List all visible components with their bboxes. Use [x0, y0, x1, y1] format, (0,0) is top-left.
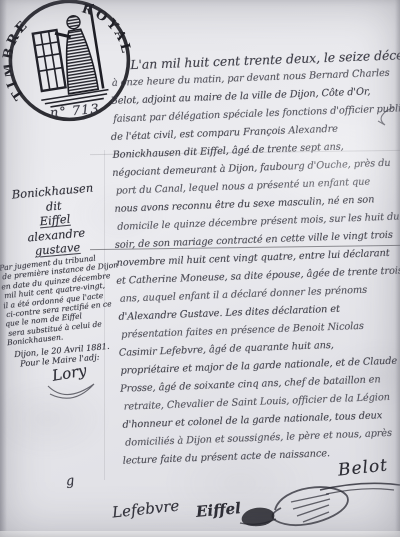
scan-edge [0, 531, 400, 537]
paper-fold [104, 150, 105, 480]
margin-rectification-note: Par jugement du tribunal de première ins… [0, 253, 111, 348]
scan-edge [0, 0, 7, 537]
signature-father: Eiffel [195, 499, 241, 521]
act-body-text: L'an mil huit cent trente deux, le seize… [108, 46, 400, 470]
signature-ink-blot-icon [238, 503, 278, 529]
scan-edge [395, 0, 400, 537]
signature-officer: Belot [337, 455, 389, 480]
signature-flourish-icon [44, 380, 100, 406]
signature-witness: Lefebvre [111, 497, 180, 522]
scanned-document-page: TIMBRE ROYAL n° 713 L'an mil huit cent t… [0, 0, 400, 537]
margin-paraph: g [65, 473, 75, 489]
